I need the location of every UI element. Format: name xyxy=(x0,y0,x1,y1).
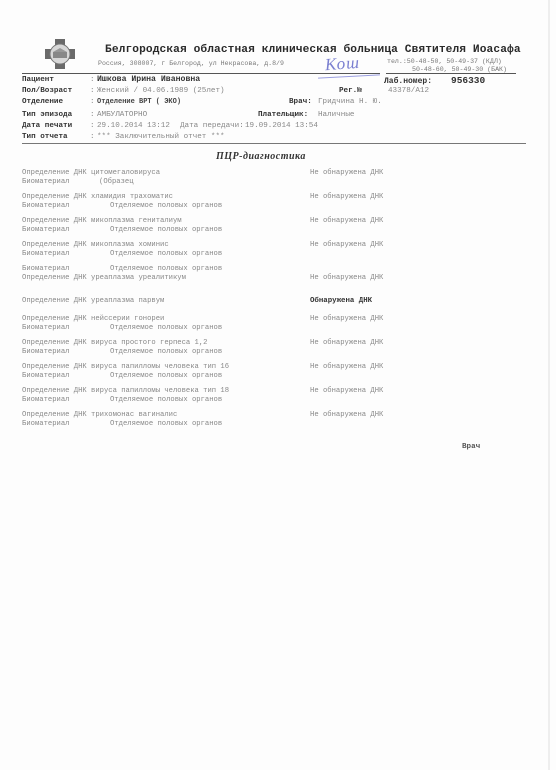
test-name: Определение ДНК уреаплазма парвум xyxy=(22,297,164,305)
patient-label: Пациент xyxy=(22,76,54,84)
biomaterial-value: Отделяемое половых органов xyxy=(110,226,222,234)
report-type-value: *** Заключительный отчет *** xyxy=(97,133,225,141)
colon: : xyxy=(90,98,95,106)
lab-number-value: 956330 xyxy=(451,75,485,86)
test-name: Определение ДНК хламидия трахоматис xyxy=(22,193,173,201)
result-value: Не обнаружена ДНК xyxy=(310,169,383,177)
transfer-date-value: 19.09.2014 13:54 xyxy=(245,122,318,130)
department-label: Отделение xyxy=(22,98,63,106)
lab-report-page: Белгородская областная клиническая больн… xyxy=(0,0,556,770)
result-value: Не обнаружена ДНК xyxy=(310,315,383,323)
header-divider-right xyxy=(386,73,516,74)
test-name: Определение ДНК вируса папилломы человек… xyxy=(22,363,229,371)
result-value: Не обнаружена ДНК xyxy=(310,339,383,347)
colon: : xyxy=(90,87,95,95)
biomaterial-value: Отделяемое половых органов xyxy=(110,202,222,210)
test-name: Определение ДНК нейссерии гонореи xyxy=(22,315,164,323)
handwritten-signature: Кош xyxy=(324,53,360,75)
biomaterial-label: Биоматериал xyxy=(22,250,69,258)
section-title: ПЦР-диагностика xyxy=(216,151,306,162)
test-name: Определение ДНК микоплазма гениталиум xyxy=(22,217,182,225)
result-positive: Обнаружена ДНК xyxy=(310,297,372,305)
test-name: Определение ДНК вируса простого герпеса … xyxy=(22,339,207,347)
test-name: Определение ДНК цитомегаловируса xyxy=(22,169,160,177)
result-value: Не обнаружена ДНК xyxy=(310,274,383,282)
gender-age-value: Женский / 04.06.1989 (25лет) xyxy=(97,87,225,95)
biomaterial-label: Биоматериал xyxy=(22,372,69,380)
biomaterial-value: Отделяемое половых органов xyxy=(110,324,222,332)
biomaterial-value: Отделяемое половых органов xyxy=(110,420,222,428)
biomaterial-value: Отделяемое половых органов xyxy=(110,250,222,258)
test-name: Определение ДНК микоплазма хоминис xyxy=(22,241,169,249)
payer-value: Наличные xyxy=(318,111,354,119)
reg-value: 43378/А12 xyxy=(388,87,429,95)
biomaterial-label: Биоматериал xyxy=(22,420,69,428)
result-value: Не обнаружена ДНК xyxy=(310,241,383,249)
info-divider xyxy=(22,143,526,144)
result-value: Не обнаружена ДНК xyxy=(310,387,383,395)
phones-line-1: тел.:50-48-50, 50-49-37 (КДЛ) xyxy=(387,58,502,65)
colon: : xyxy=(90,133,95,141)
result-value: Не обнаружена ДНК xyxy=(310,363,383,371)
biomaterial-label: Биоматериал xyxy=(22,265,69,273)
biomaterial-label: Биоматериал xyxy=(22,226,69,234)
colon: : xyxy=(90,76,95,84)
biomaterial-label: Биоматериал xyxy=(22,202,69,210)
hospital-address: Россия, 308007, г Белгород, ул Некрасова… xyxy=(98,60,284,67)
lab-number-label: Лаб.номер: xyxy=(384,77,432,86)
episode-type-value: АМБУЛАТОРНО xyxy=(97,111,147,119)
print-date-value: 29.10.2014 13:12 xyxy=(97,122,170,130)
doctor-label: Врач: xyxy=(289,98,312,106)
colon: : xyxy=(90,122,95,130)
payer-label: Плательщик: xyxy=(258,111,308,119)
biomaterial-label: Биоматериал xyxy=(22,396,69,404)
biomaterial-value: Отделяемое половых органов xyxy=(110,372,222,380)
transfer-date-label: Дата передачи: xyxy=(180,122,244,130)
report-type-label: Тип отчета xyxy=(22,133,68,141)
reg-label: Рег.№ xyxy=(339,87,362,95)
biomaterial-value: Отделяемое половых органов xyxy=(110,396,222,404)
biomaterial-label: Биоматериал xyxy=(22,178,69,186)
biomaterial-value: Отделяемое половых органов xyxy=(110,265,222,273)
doctor-signature-label: Врач xyxy=(462,443,480,451)
biomaterial-value: Отделяемое половых органов xyxy=(110,348,222,356)
hospital-emblem-icon xyxy=(45,39,75,69)
result-value: Не обнаружена ДНК xyxy=(310,193,383,201)
biomaterial-value: (Образец xyxy=(99,178,134,186)
result-value: Не обнаружена ДНК xyxy=(310,217,383,225)
biomaterial-label: Биоматериал xyxy=(22,324,69,332)
test-name: Определение ДНК вируса папилломы человек… xyxy=(22,387,229,395)
print-date-label: Дата печати xyxy=(22,122,72,130)
episode-type-label: Тип эпизода xyxy=(22,111,72,119)
biomaterial-label: Биоматериал xyxy=(22,348,69,356)
colon: : xyxy=(90,111,95,119)
department-value: Отделение ВРТ ( ЭКО) xyxy=(97,98,181,106)
patient-name: Ишкова Ирина Ивановна xyxy=(97,75,200,84)
test-name: Определение ДНК уреаплазма уреалитикум xyxy=(22,274,186,282)
phones-line-2: 50-48-60, 50-49-30 (БАК) xyxy=(412,66,507,73)
hospital-name: Белгородская областная клиническая больн… xyxy=(105,44,521,56)
gender-age-label: Пол/Возраст xyxy=(22,87,72,95)
test-name: Определение ДНК трихомонас вагиналис xyxy=(22,411,177,419)
result-value: Не обнаружена ДНК xyxy=(310,411,383,419)
header-divider xyxy=(22,73,380,74)
doctor-value: Гридчина Н. Ю. xyxy=(318,98,382,106)
page-edge xyxy=(548,0,550,770)
